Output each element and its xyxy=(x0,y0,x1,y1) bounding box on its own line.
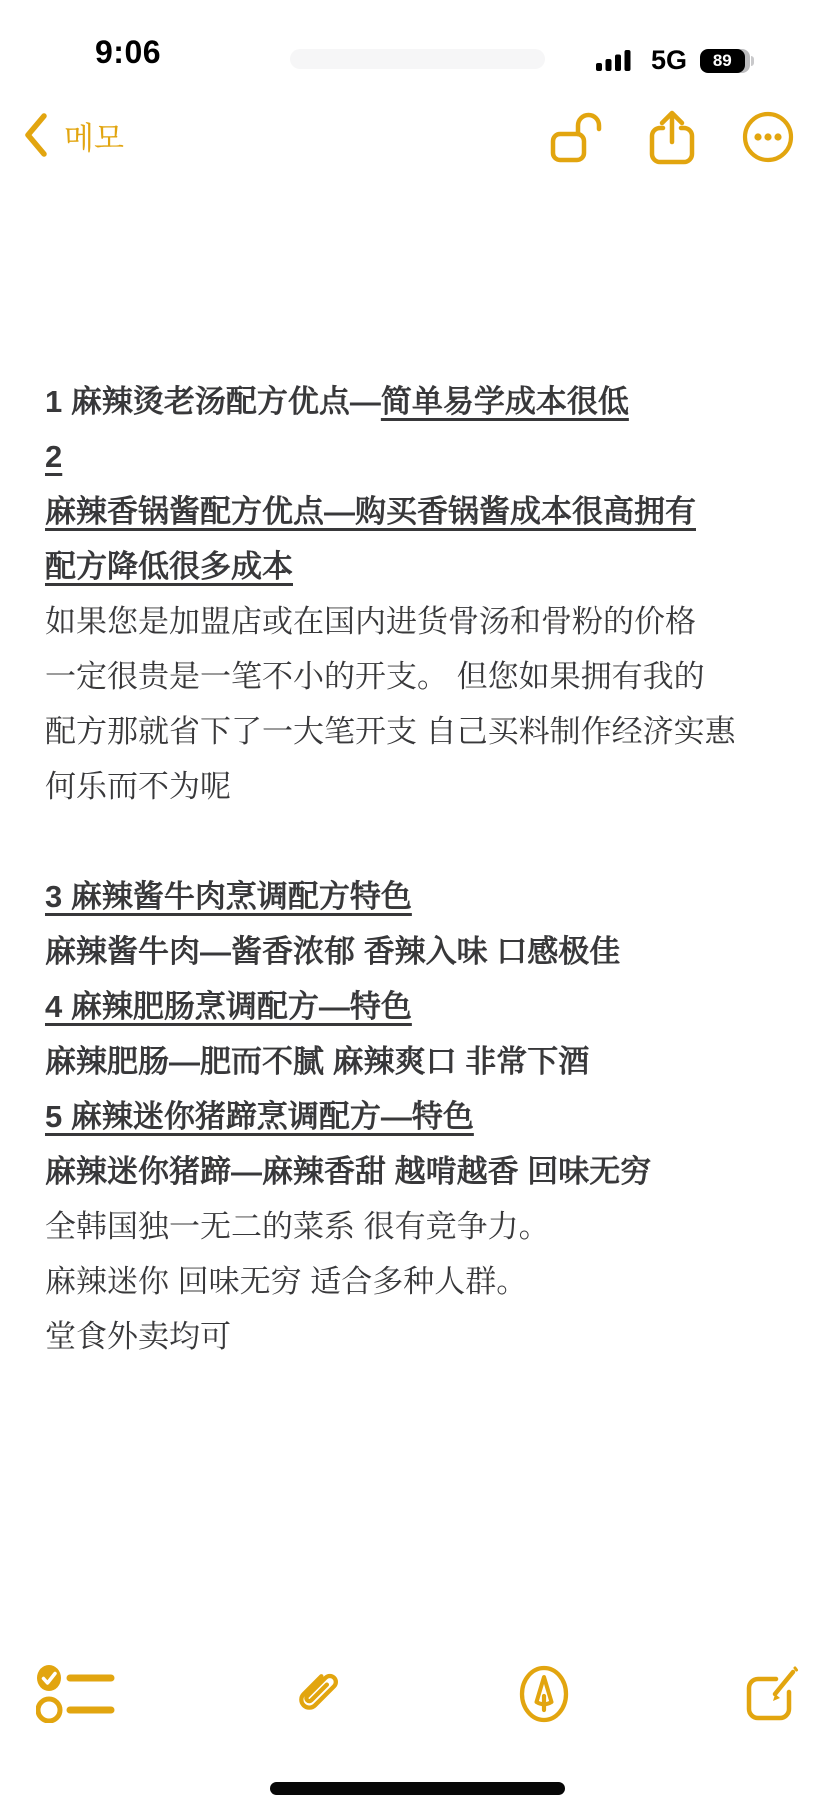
note-line: 麻辣酱牛肉—酱香浓郁 香辣入味 口感极佳 xyxy=(45,924,805,979)
note-line: 麻辣迷你 回味无穷 适合多种人群。 xyxy=(45,1254,805,1309)
note-text-segment: 1 麻辣烫老汤配方优点— xyxy=(45,384,381,419)
note-text-segment: 何乐而不为呢 xyxy=(45,769,231,804)
note-text-segment: 堂食外卖均可 xyxy=(45,1319,231,1354)
note-text-segment: 简单易学成本很低 xyxy=(381,384,629,419)
notes-app-screen: 9:06 5G 89 xyxy=(0,0,835,1810)
share-button[interactable] xyxy=(646,106,698,168)
note-text-segment: 4 麻辣肥肠烹调配方—特色 xyxy=(45,989,412,1024)
note-line: 3 麻辣酱牛肉烹调配方特色 xyxy=(45,869,805,924)
paperclip-icon xyxy=(285,1664,345,1724)
note-text-segment: 配方那就省下了一大笔开支 自己买料制作经济实惠 xyxy=(45,714,736,749)
note-line: 何乐而不为呢 xyxy=(45,759,805,814)
note-line: 堂食外卖均可 xyxy=(45,1309,805,1364)
note-text-segment: 如果您是加盟店或在国内进货骨汤和骨粉的价格 xyxy=(45,604,696,639)
note-text-segment: 2 xyxy=(45,439,62,474)
note-line: 5 麻辣迷你猪蹄烹调配方—特色 xyxy=(45,1089,805,1144)
note-content[interactable]: 1 麻辣烫老汤配方优点—简单易学成本很低2麻辣香锅酱配方优点—购买香锅酱成本很高… xyxy=(45,374,805,1364)
note-text-segment: 麻辣迷你 回味无穷 适合多种人群。 xyxy=(45,1264,527,1299)
note-text-segment: 全韩国独一无二的菜系 很有竞争力。 xyxy=(45,1209,550,1244)
note-line: 配方降低很多成本 xyxy=(45,539,805,594)
markup-button[interactable] xyxy=(515,1663,573,1725)
note-line: 一定很贵是一笔不小的开支。 但您如果拥有我的 xyxy=(45,649,805,704)
back-chevron-icon xyxy=(20,110,50,160)
status-bar: 9:06 5G 89 xyxy=(0,0,835,85)
note-text-segment: 麻辣迷你猪蹄—麻辣香甜 越啃越香 回味无穷 xyxy=(45,1154,651,1189)
battery-percent: 89 xyxy=(700,49,745,73)
back-button[interactable]: 메모 xyxy=(20,110,124,160)
note-line: 麻辣肥肠—肥而不腻 麻辣爽口 非常下酒 xyxy=(45,1034,805,1089)
more-button[interactable] xyxy=(740,109,796,165)
camera-housing xyxy=(290,49,545,69)
compose-icon xyxy=(742,1664,802,1724)
battery-icon: 89 xyxy=(700,49,754,73)
status-time: 9:06 xyxy=(95,34,161,71)
markup-icon xyxy=(515,1663,573,1725)
signal-strength-icon xyxy=(596,49,638,73)
network-type-label: 5G xyxy=(651,45,687,76)
status-right-cluster: 5G 89 xyxy=(596,45,754,76)
note-text-segment: 麻辣香锅酱配方优点—购买香锅酱成本很高拥有 xyxy=(45,494,696,529)
nav-actions xyxy=(550,106,796,168)
unlock-button[interactable] xyxy=(550,108,604,166)
note-line: 2 xyxy=(45,429,805,484)
bottom-toolbar xyxy=(0,1652,835,1736)
note-line: 麻辣香锅酱配方优点—购买香锅酱成本很高拥有 xyxy=(45,484,805,539)
note-text-segment: 麻辣肥肠—肥而不腻 麻辣爽口 非常下酒 xyxy=(45,1044,589,1079)
unlock-icon xyxy=(550,108,604,166)
nav-bar: 메모 xyxy=(0,100,835,180)
note-line: 1 麻辣烫老汤配方优点—简单易学成本很低 xyxy=(45,374,805,429)
note-text-segment: 一定很贵是一笔不小的开支。 但您如果拥有我的 xyxy=(45,659,705,694)
compose-button[interactable] xyxy=(742,1664,802,1724)
note-text-segment: 配方降低很多成本 xyxy=(45,549,293,584)
note-line xyxy=(45,814,805,869)
checklist-button[interactable] xyxy=(36,1665,116,1723)
share-icon xyxy=(646,106,698,168)
note-text-segment: 麻辣酱牛肉—酱香浓郁 香辣入味 口感极佳 xyxy=(45,934,620,969)
note-line: 4 麻辣肥肠烹调配方—特色 xyxy=(45,979,805,1034)
checklist-icon xyxy=(36,1665,116,1723)
note-line: 配方那就省下了一大笔开支 自己买料制作经济实惠 xyxy=(45,704,805,759)
home-indicator[interactable] xyxy=(270,1782,565,1795)
back-button-label: 메모 xyxy=(64,113,124,158)
attach-button[interactable] xyxy=(285,1664,345,1724)
note-text-segment: 5 麻辣迷你猪蹄烹调配方—特色 xyxy=(45,1099,474,1134)
note-text-segment: 3 麻辣酱牛肉烹调配方特色 xyxy=(45,879,412,914)
note-line: 全韩国独一无二的菜系 很有竞争力。 xyxy=(45,1199,805,1254)
note-line: 如果您是加盟店或在国内进货骨汤和骨粉的价格 xyxy=(45,594,805,649)
note-line: 麻辣迷你猪蹄—麻辣香甜 越啃越香 回味无穷 xyxy=(45,1144,805,1199)
more-icon xyxy=(740,109,796,165)
